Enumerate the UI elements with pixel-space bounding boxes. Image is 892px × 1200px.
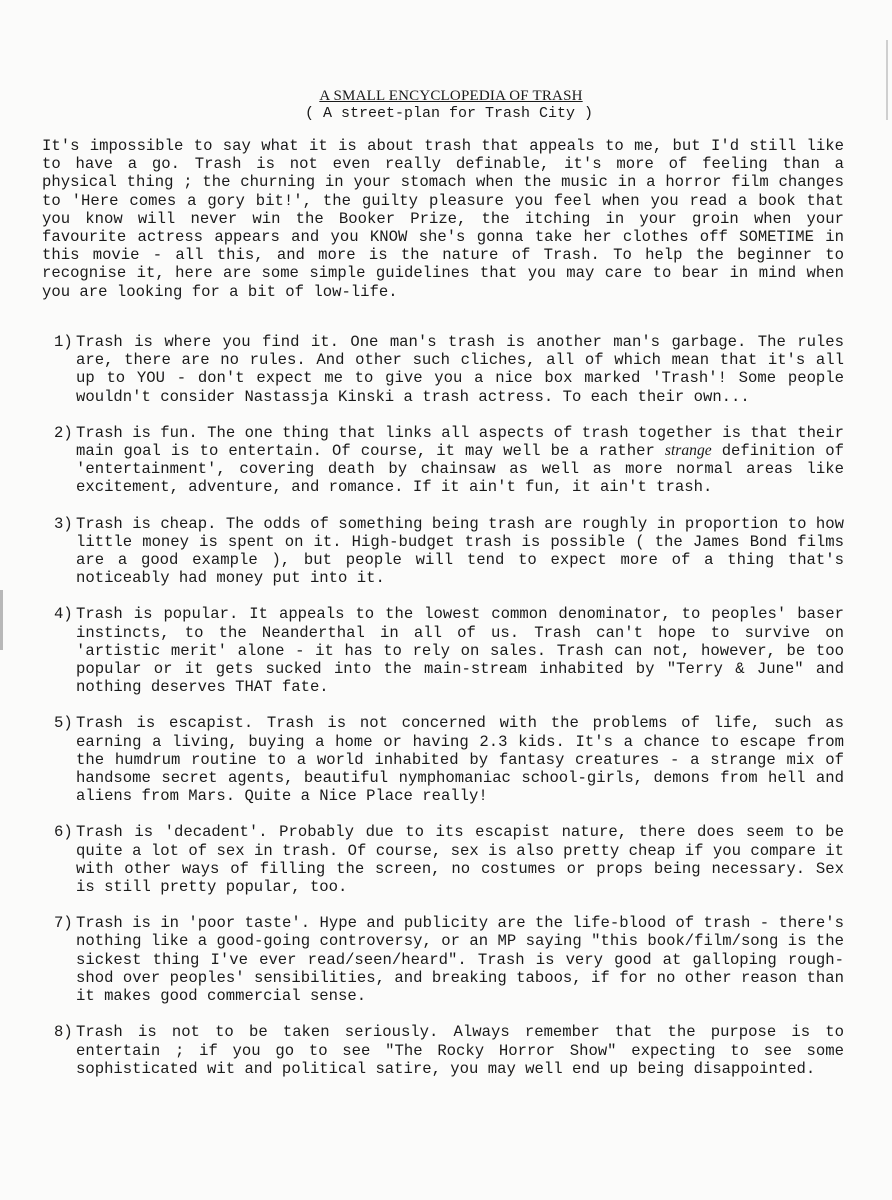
intro-paragraph: It's impossible to say what it is about … [42, 137, 844, 301]
guideline-item: 1) Trash is where you find it. One man's… [54, 333, 844, 406]
guideline-text: Trash is in 'poor taste'. Hype and publi… [76, 914, 844, 1005]
guideline-item: 2) Trash is fun. The one thing that link… [54, 424, 844, 497]
scanned-page: A SMALL ENCYCLOPEDIA OF TRASH ( A street… [0, 0, 892, 1200]
guideline-number: 1) [54, 333, 73, 351]
guideline-item: 8) Trash is not to be taken seriously. A… [54, 1023, 844, 1078]
guideline-number: 7) [54, 914, 73, 932]
guideline-text: Trash is 'decadent'. Probably due to its… [76, 823, 844, 896]
guideline-number: 5) [54, 714, 73, 732]
emphasis-text: strange [665, 442, 712, 459]
guideline-text: Trash is where you find it. One man's tr… [76, 333, 844, 406]
document-header: A SMALL ENCYCLOPEDIA OF TRASH ( A street… [0, 88, 892, 122]
guideline-text: Trash is escapist. Trash is not concerne… [76, 714, 844, 805]
guideline-number: 6) [54, 823, 73, 841]
scan-edge-mark [0, 590, 3, 650]
document-title: A SMALL ENCYCLOPEDIA OF TRASH [10, 88, 892, 105]
guideline-number: 3) [54, 515, 73, 533]
guideline-item: 7) Trash is in 'poor taste'. Hype and pu… [54, 914, 844, 1005]
guideline-list: 1) Trash is where you find it. One man's… [54, 333, 844, 1078]
guideline-text: Trash is cheap. The odds of something be… [76, 515, 844, 588]
guideline-number: 4) [54, 605, 73, 623]
guideline-text: Trash is fun. The one thing that links a… [76, 424, 844, 497]
guideline-text: Trash is popular. It appeals to the lowe… [76, 605, 844, 696]
guideline-item: 4) Trash is popular. It appeals to the l… [54, 605, 844, 696]
guideline-number: 8) [54, 1023, 73, 1041]
guideline-item: 5) Trash is escapist. Trash is not conce… [54, 714, 844, 805]
guideline-item: 3) Trash is cheap. The odds of something… [54, 515, 844, 588]
guideline-text: Trash is not to be taken seriously. Alwa… [76, 1023, 844, 1078]
guideline-item: 6) Trash is 'decadent'. Probably due to … [54, 823, 844, 896]
guideline-number: 2) [54, 424, 73, 442]
document-subtitle: ( A street-plan for Trash City ) [6, 105, 892, 122]
